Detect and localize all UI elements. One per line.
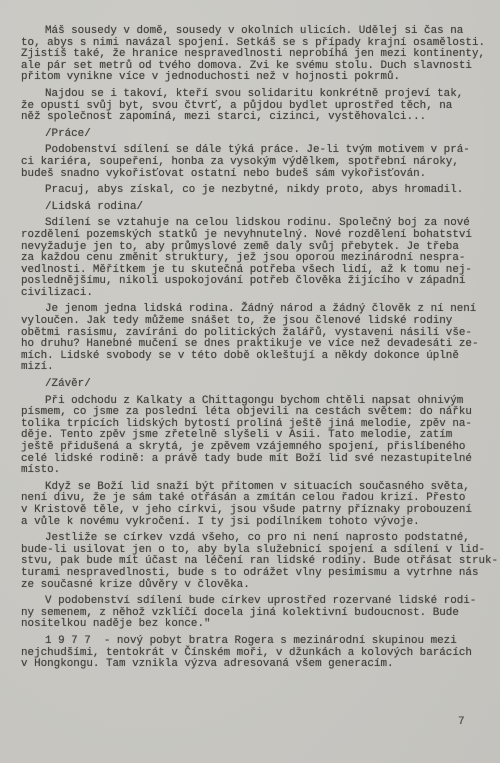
section-heading: /Lidská rodina/ xyxy=(21,202,491,214)
paragraph: Když se Boží lid snaží být přítomen v si… xyxy=(21,482,491,528)
section-heading: /Závěr/ xyxy=(21,379,491,391)
section-heading: /Práce/ xyxy=(21,129,491,141)
paragraph: Pracuj, abys získal, co je nezbytné, nik… xyxy=(21,185,491,197)
paragraph: Jestliže se církev vzdá všeho, co pro ni… xyxy=(21,533,491,591)
document-page: Máš sousedy v domě, sousedy v okolních u… xyxy=(0,0,500,763)
paragraph: V podobenství sdílení bude církev uprost… xyxy=(21,596,491,631)
paragraph: Podobenství sdílení se dále týká práce. … xyxy=(21,145,491,180)
paragraph: Je jenom jedna lidská rodina. Žádný náro… xyxy=(21,304,491,374)
paragraph: Máš sousedy v domě, sousedy v okolních u… xyxy=(21,26,491,84)
paragraph: Při odchodu z Kalkaty a Chittagongu bych… xyxy=(21,396,491,477)
paragraph: Najdou se i takoví, kteří svou solidarit… xyxy=(21,89,491,124)
document-text: Máš sousedy v domě, sousedy v okolních u… xyxy=(21,26,491,676)
paragraph: 1 9 7 7 - nový pobyt bratra Rogera s mez… xyxy=(21,636,491,671)
page-number: 7 xyxy=(458,716,465,728)
paragraph: Sdílení se vztahuje na celou lidskou rod… xyxy=(21,218,491,299)
